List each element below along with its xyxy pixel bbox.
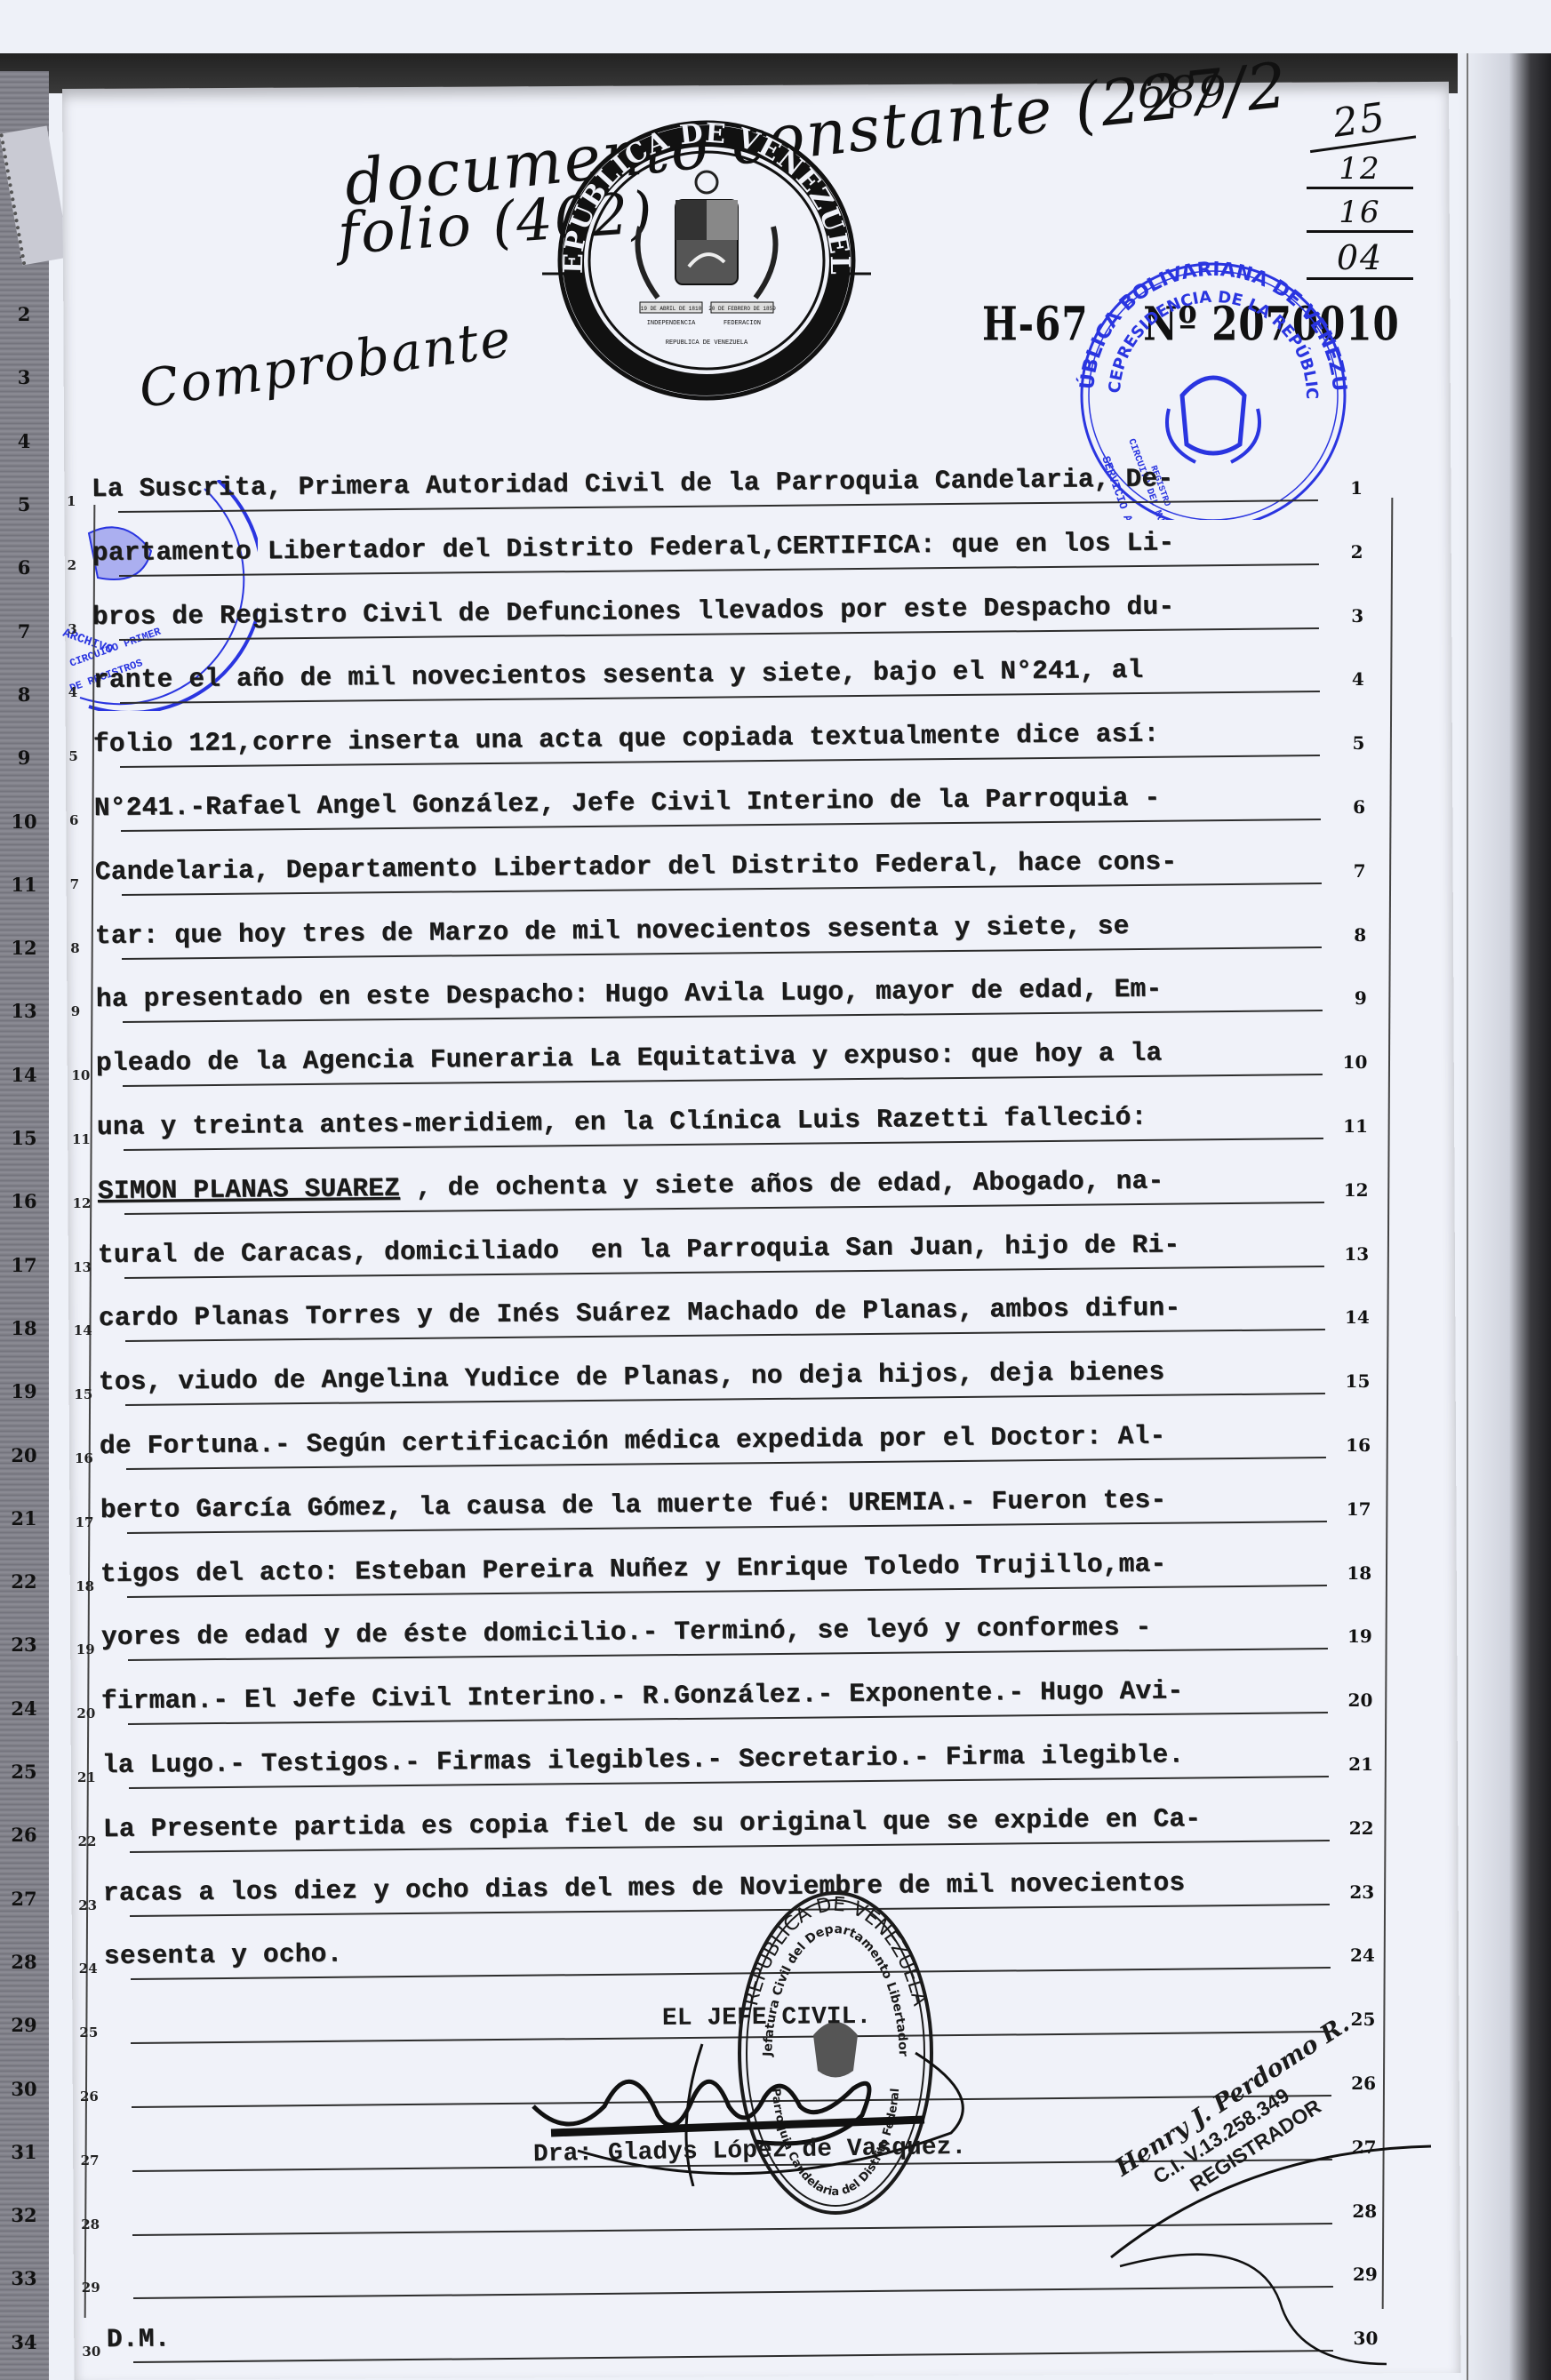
line-text: yores de edad y de éste domicilio.- Term… bbox=[100, 1612, 1151, 1652]
line-number-right: 21 bbox=[1348, 1753, 1373, 1775]
ledger-line: 12SIMON PLANAS SUAREZ , de ochenta y sie… bbox=[80, 1151, 1395, 1215]
line-number-left: 29 bbox=[82, 2280, 100, 2296]
official-seal-outer-text: REPUBLICA DE VENEZUELA bbox=[740, 1894, 931, 2009]
line-text: Candelaria, Departamento Libertador del … bbox=[94, 846, 1177, 887]
date-part: 25 bbox=[1304, 91, 1416, 153]
ruler-number: 24 bbox=[4, 1697, 44, 1720]
ruler-number: 3 bbox=[4, 366, 44, 388]
line-number-right: 18 bbox=[1347, 1562, 1371, 1584]
ruler-number: 31 bbox=[4, 2141, 44, 2163]
line-text: tural de Caracas, domiciliado en la Parr… bbox=[98, 1229, 1180, 1270]
ledger-line: 11una y treinta antes-meridiem, en la Cl… bbox=[79, 1087, 1395, 1151]
ledger-line: 21la Lugo.- Testigos.- Firmas ilegibles.… bbox=[84, 1725, 1400, 1789]
line-number-left: 25 bbox=[79, 2025, 98, 2041]
ruler-number: 23 bbox=[4, 1633, 44, 1656]
line-text: la Lugo.- Testigos.- Firmas ilegibles.- … bbox=[102, 1739, 1185, 1780]
line-number-right: 4 bbox=[1352, 668, 1364, 690]
ruler-number: 14 bbox=[4, 1064, 44, 1086]
line-text: N°241.-Rafael Angel González, Jefe Civil… bbox=[94, 782, 1161, 823]
line-number-left: 1 bbox=[67, 493, 76, 509]
ledger-line: 13tural de Caracas, domiciliado en la Pa… bbox=[80, 1215, 1395, 1279]
ledger-line: 22La Presente partida es copia fiel de s… bbox=[85, 1789, 1401, 1853]
ledger-line: 8tar: que hoy tres de Marzo de mil novec… bbox=[77, 896, 1393, 960]
ruler-number: 18 bbox=[4, 1317, 44, 1339]
line-text: D.M. bbox=[107, 2324, 171, 2355]
line-number-right: 7 bbox=[1354, 860, 1366, 882]
line-text: firman.- El Jefe Civil Interino.- R.Gonz… bbox=[101, 1676, 1184, 1717]
coat-of-arms-icon bbox=[1182, 378, 1244, 453]
svg-text:REPUBLICA DE VENEZUELA: REPUBLICA DE VENEZUELA bbox=[740, 1894, 931, 2009]
ruler-number: 21 bbox=[4, 1507, 44, 1529]
line-number-left: 30 bbox=[82, 2344, 100, 2360]
ruler-number: 11 bbox=[4, 874, 44, 896]
ledger-line: 3bros de Registro Civil de Defunciones l… bbox=[75, 577, 1390, 641]
page-right-edge bbox=[1458, 53, 1551, 2380]
seal-ribbon-left-date: 19 DE ABRIL DE 1810 bbox=[641, 306, 702, 312]
line-number-left: 23 bbox=[78, 1897, 97, 1913]
line-number-right: 16 bbox=[1346, 1434, 1371, 1456]
fiscal-revenue-seal: REPUBLICA DE VENEZUELA RENTA DE TIMBRE F… bbox=[533, 111, 880, 409]
line-number-right: 5 bbox=[1352, 732, 1364, 754]
ruler-number: 27 bbox=[4, 1888, 44, 1910]
ledger-line: 10pleado de la Agencia Funeraria La Equi… bbox=[78, 1023, 1394, 1087]
seal-ribbon-left-word: INDEPENDENCIA bbox=[647, 320, 696, 327]
line-text: rante el año de mil novecientos sesenta … bbox=[92, 655, 1143, 695]
line-number-right: 8 bbox=[1354, 924, 1366, 946]
line-number-right: 12 bbox=[1344, 1179, 1369, 1201]
line-number-left: 10 bbox=[71, 1067, 90, 1083]
line-number-left: 17 bbox=[76, 1514, 94, 1530]
line-text: bros de Registro Civil de Defunciones ll… bbox=[92, 591, 1175, 632]
line-text: racas a los diez y ocho dias del mes de … bbox=[103, 1867, 1186, 1908]
ruler-number: 9 bbox=[4, 747, 44, 769]
ruler-number: 33 bbox=[4, 2267, 44, 2289]
date-part: 12 bbox=[1307, 151, 1413, 189]
date-part: 16 bbox=[1307, 195, 1413, 233]
line-number-right: 13 bbox=[1344, 1243, 1369, 1265]
ledger-line: 18tigos del acto: Esteban Pereira Nuñez … bbox=[83, 1534, 1398, 1598]
ledger-line: 7Candelaria, Departamento Libertador del… bbox=[77, 832, 1393, 896]
ruler-number: 25 bbox=[4, 1761, 44, 1783]
line-number-left: 22 bbox=[78, 1833, 97, 1849]
line-number-left: 20 bbox=[76, 1705, 95, 1721]
ruler-number: 7 bbox=[4, 620, 44, 643]
ruler-number: 4 bbox=[4, 430, 44, 452]
line-number-left: 7 bbox=[70, 876, 79, 892]
ruler-number: 26 bbox=[4, 1824, 44, 1846]
line-number-right: 19 bbox=[1347, 1625, 1372, 1647]
ruler-number: 30 bbox=[4, 2078, 44, 2100]
line-number-right: 25 bbox=[1351, 2009, 1376, 2030]
line-number-left: 19 bbox=[76, 1641, 95, 1657]
ledger-line: 15tos, viudo de Angelina Yudice de Plana… bbox=[81, 1342, 1396, 1406]
line-number-left: 15 bbox=[74, 1386, 92, 1402]
line-number-left: 13 bbox=[73, 1259, 92, 1275]
book-spine-ruler: 1234567891011121314151617181920212223242… bbox=[0, 71, 49, 2380]
line-text: berto García Gómez, la causa de la muert… bbox=[100, 1484, 1166, 1525]
line-number-left: 27 bbox=[81, 2152, 100, 2168]
ruler-number: 22 bbox=[4, 1570, 44, 1593]
line-number-left: 18 bbox=[76, 1578, 94, 1594]
line-number-left: 16 bbox=[75, 1450, 93, 1466]
line-number-right: 9 bbox=[1355, 987, 1367, 1009]
line-number-right: 3 bbox=[1351, 605, 1363, 627]
ruler-number: 16 bbox=[4, 1190, 44, 1212]
ruler-number: 10 bbox=[4, 811, 44, 833]
ruler-number: 6 bbox=[4, 556, 44, 579]
ledger-line: 17berto García Gómez, la causa de la mue… bbox=[83, 1470, 1398, 1534]
line-number-left: 5 bbox=[68, 748, 77, 764]
line-number-left: 24 bbox=[79, 1961, 98, 1977]
ledger-line: 1La Suscrita, Primera Autoridad Civil de… bbox=[74, 449, 1389, 513]
line-number-right: 14 bbox=[1345, 1306, 1370, 1328]
line-text: folio 121,corre inserta una acta que cop… bbox=[93, 719, 1160, 760]
ruler-number: 12 bbox=[4, 937, 44, 959]
ledger-line: 20firman.- El Jefe Civil Interino.- R.Go… bbox=[84, 1661, 1399, 1725]
ruler-number: 20 bbox=[4, 1444, 44, 1466]
line-number-right: 11 bbox=[1343, 1115, 1368, 1137]
line-text: La Suscrita, Primera Autoridad Civil de … bbox=[92, 463, 1174, 504]
seal-base-text: REPUBLICA DE VENEZUELA bbox=[666, 339, 748, 347]
ledger-line: 2partamento Libertador del Distrito Fede… bbox=[75, 513, 1390, 577]
ledger-line: 6N°241.-Rafael Angel González, Jefe Civi… bbox=[76, 768, 1392, 832]
line-text: tos, viudo de Angelina Yudice de Planas,… bbox=[99, 1357, 1165, 1398]
ledger-line: 5folio 121,corre inserta una acta que co… bbox=[76, 704, 1391, 768]
deceased-name: SIMON PLANAS SUAREZ bbox=[97, 1173, 399, 1206]
ledger-line: 14cardo Planas Torres y de Inés Suárez M… bbox=[81, 1278, 1396, 1342]
line-number-left: 14 bbox=[74, 1322, 92, 1338]
line-number-right: 2 bbox=[1351, 541, 1363, 563]
line-number-right: 24 bbox=[1350, 1945, 1375, 1966]
ledger-line: 4rante el año de mil novecientos sesenta… bbox=[76, 640, 1391, 704]
ledger-line: 19yores de edad y de éste domicilio.- Te… bbox=[84, 1597, 1399, 1661]
seal-ribbon-right-word: FEDERACION bbox=[724, 320, 761, 327]
line-number-left: 11 bbox=[72, 1131, 91, 1147]
line-number-left: 6 bbox=[69, 812, 78, 828]
ruler-number: 15 bbox=[4, 1127, 44, 1149]
ruler-number: 5 bbox=[4, 493, 44, 515]
line-number-left: 26 bbox=[80, 2088, 99, 2104]
line-number-left: 12 bbox=[73, 1195, 92, 1211]
registrar-signature-stroke bbox=[1102, 2133, 1440, 2380]
line-number-right: 17 bbox=[1347, 1498, 1371, 1520]
line-text: una y treinta antes-meridiem, en la Clín… bbox=[97, 1102, 1147, 1142]
ledger-line: 16de Fortuna.- Según certificación médic… bbox=[82, 1406, 1397, 1470]
line-number-left: 3 bbox=[68, 621, 76, 637]
ruler-number: 13 bbox=[4, 1000, 44, 1022]
line-text: tigos del acto: Esteban Pereira Nuñez y … bbox=[100, 1548, 1167, 1589]
ruler-number: 8 bbox=[4, 683, 44, 706]
line-number-right: 6 bbox=[1353, 796, 1365, 818]
ruler-number: 29 bbox=[4, 2014, 44, 2036]
line-number-right: 10 bbox=[1343, 1051, 1368, 1073]
line-text: La Presente partida es copia fiel de su … bbox=[102, 1803, 1201, 1844]
scan-background bbox=[0, 0, 1551, 53]
ledger-line: 9ha presentado en este Despacho: Hugo Av… bbox=[78, 959, 1394, 1023]
line-text: SIMON PLANAS SUAREZ , de ochenta y siete… bbox=[97, 1165, 1163, 1206]
line-number-left: 21 bbox=[77, 1769, 96, 1785]
line-number-right: 23 bbox=[1349, 1881, 1374, 1903]
ruler-number: 34 bbox=[4, 2331, 44, 2353]
line-number-left: 9 bbox=[71, 1003, 80, 1019]
line-number-left: 8 bbox=[70, 940, 79, 956]
ruler-number: 17 bbox=[4, 1254, 44, 1276]
ruler-number: 28 bbox=[4, 1951, 44, 1973]
line-text: tar: que hoy tres de Marzo de mil noveci… bbox=[95, 910, 1130, 950]
seal-ribbon-right-date: 20 DE FEBRERO DE 1859 bbox=[708, 306, 776, 312]
line-text: ha presentado en este Despacho: Hugo Avi… bbox=[95, 974, 1162, 1015]
line-number-right: 1 bbox=[1350, 477, 1363, 499]
line-number-left: 4 bbox=[68, 684, 77, 700]
handwritten-file-number: 689 bbox=[1138, 67, 1227, 118]
line-text: partamento Libertador del Distrito Feder… bbox=[92, 527, 1174, 568]
ruler-number: 2 bbox=[4, 303, 44, 325]
line-number-right: 15 bbox=[1346, 1370, 1371, 1392]
line-number-left: 2 bbox=[68, 557, 76, 573]
line-number-right: 20 bbox=[1348, 1689, 1373, 1711]
line-text: sesenta y ocho. bbox=[103, 1939, 342, 1972]
line-text: pleado de la Agencia Funeraria La Equita… bbox=[96, 1038, 1163, 1079]
line-text: cardo Planas Torres y de Inés Suárez Mac… bbox=[98, 1293, 1180, 1334]
ruler-number: 19 bbox=[4, 1380, 44, 1402]
line-text-rest: , de ochenta y siete años de edad, Aboga… bbox=[399, 1165, 1163, 1202]
line-number-left: 28 bbox=[81, 2216, 100, 2232]
ruler-number: 32 bbox=[4, 2204, 44, 2226]
line-number-right: 22 bbox=[1349, 1817, 1374, 1839]
line-text: de Fortuna.- Según certificación médica … bbox=[100, 1420, 1166, 1461]
